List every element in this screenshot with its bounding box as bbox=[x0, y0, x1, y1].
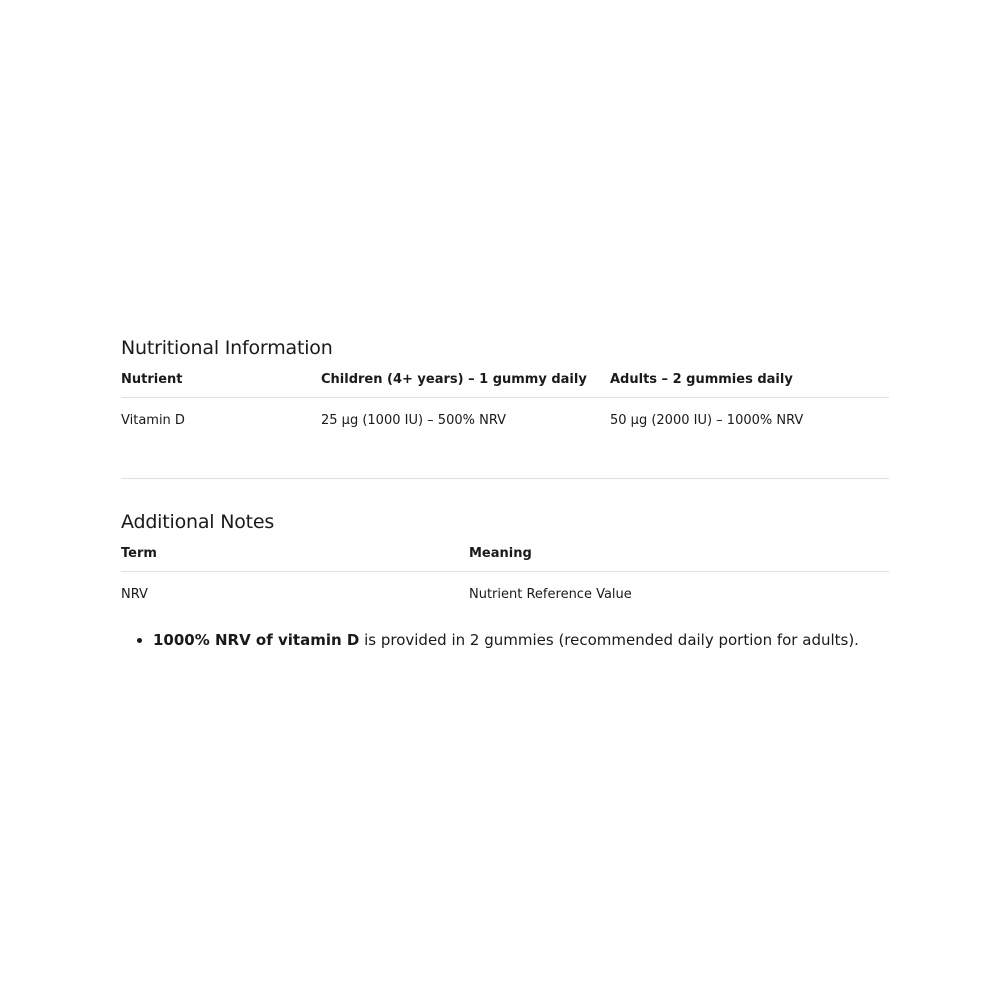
header-children: Children (4+ years) – 1 gummy daily bbox=[321, 361, 610, 398]
cell-nutrient: Vitamin D bbox=[121, 398, 321, 443]
bullet-text: is provided in 2 gummies (recommended da… bbox=[359, 631, 859, 649]
notes-title: Additional Notes bbox=[121, 509, 889, 535]
bullet-bold-text: 1000% NRV of vitamin D bbox=[153, 631, 359, 649]
list-item: 1000% NRV of vitamin D is provided in 2 … bbox=[153, 628, 889, 652]
table-row: Vitamin D 25 µg (1000 IU) – 500% NRV 50 … bbox=[121, 398, 889, 443]
table-row: NRV Nutrient Reference Value bbox=[121, 572, 889, 617]
table-header-row: Nutrient Children (4+ years) – 1 gummy d… bbox=[121, 361, 889, 398]
cell-term: NRV bbox=[121, 572, 469, 617]
notes-table: Term Meaning NRV Nutrient Reference Valu… bbox=[121, 535, 889, 616]
cell-children: 25 µg (1000 IU) – 500% NRV bbox=[321, 398, 610, 443]
cell-meaning: Nutrient Reference Value bbox=[469, 572, 889, 617]
header-nutrient: Nutrient bbox=[121, 361, 321, 398]
header-meaning: Meaning bbox=[469, 535, 889, 572]
header-adults: Adults – 2 gummies daily bbox=[610, 361, 889, 398]
nutrition-table: Nutrient Children (4+ years) – 1 gummy d… bbox=[121, 361, 889, 442]
document-content: Nutritional Information Nutrient Childre… bbox=[121, 335, 889, 652]
section-divider bbox=[121, 478, 889, 479]
notes-list: 1000% NRV of vitamin D is provided in 2 … bbox=[121, 628, 889, 652]
header-term: Term bbox=[121, 535, 469, 572]
cell-adults: 50 µg (2000 IU) – 1000% NRV bbox=[610, 398, 889, 443]
nutrition-title: Nutritional Information bbox=[121, 335, 889, 361]
table-header-row: Term Meaning bbox=[121, 535, 889, 572]
